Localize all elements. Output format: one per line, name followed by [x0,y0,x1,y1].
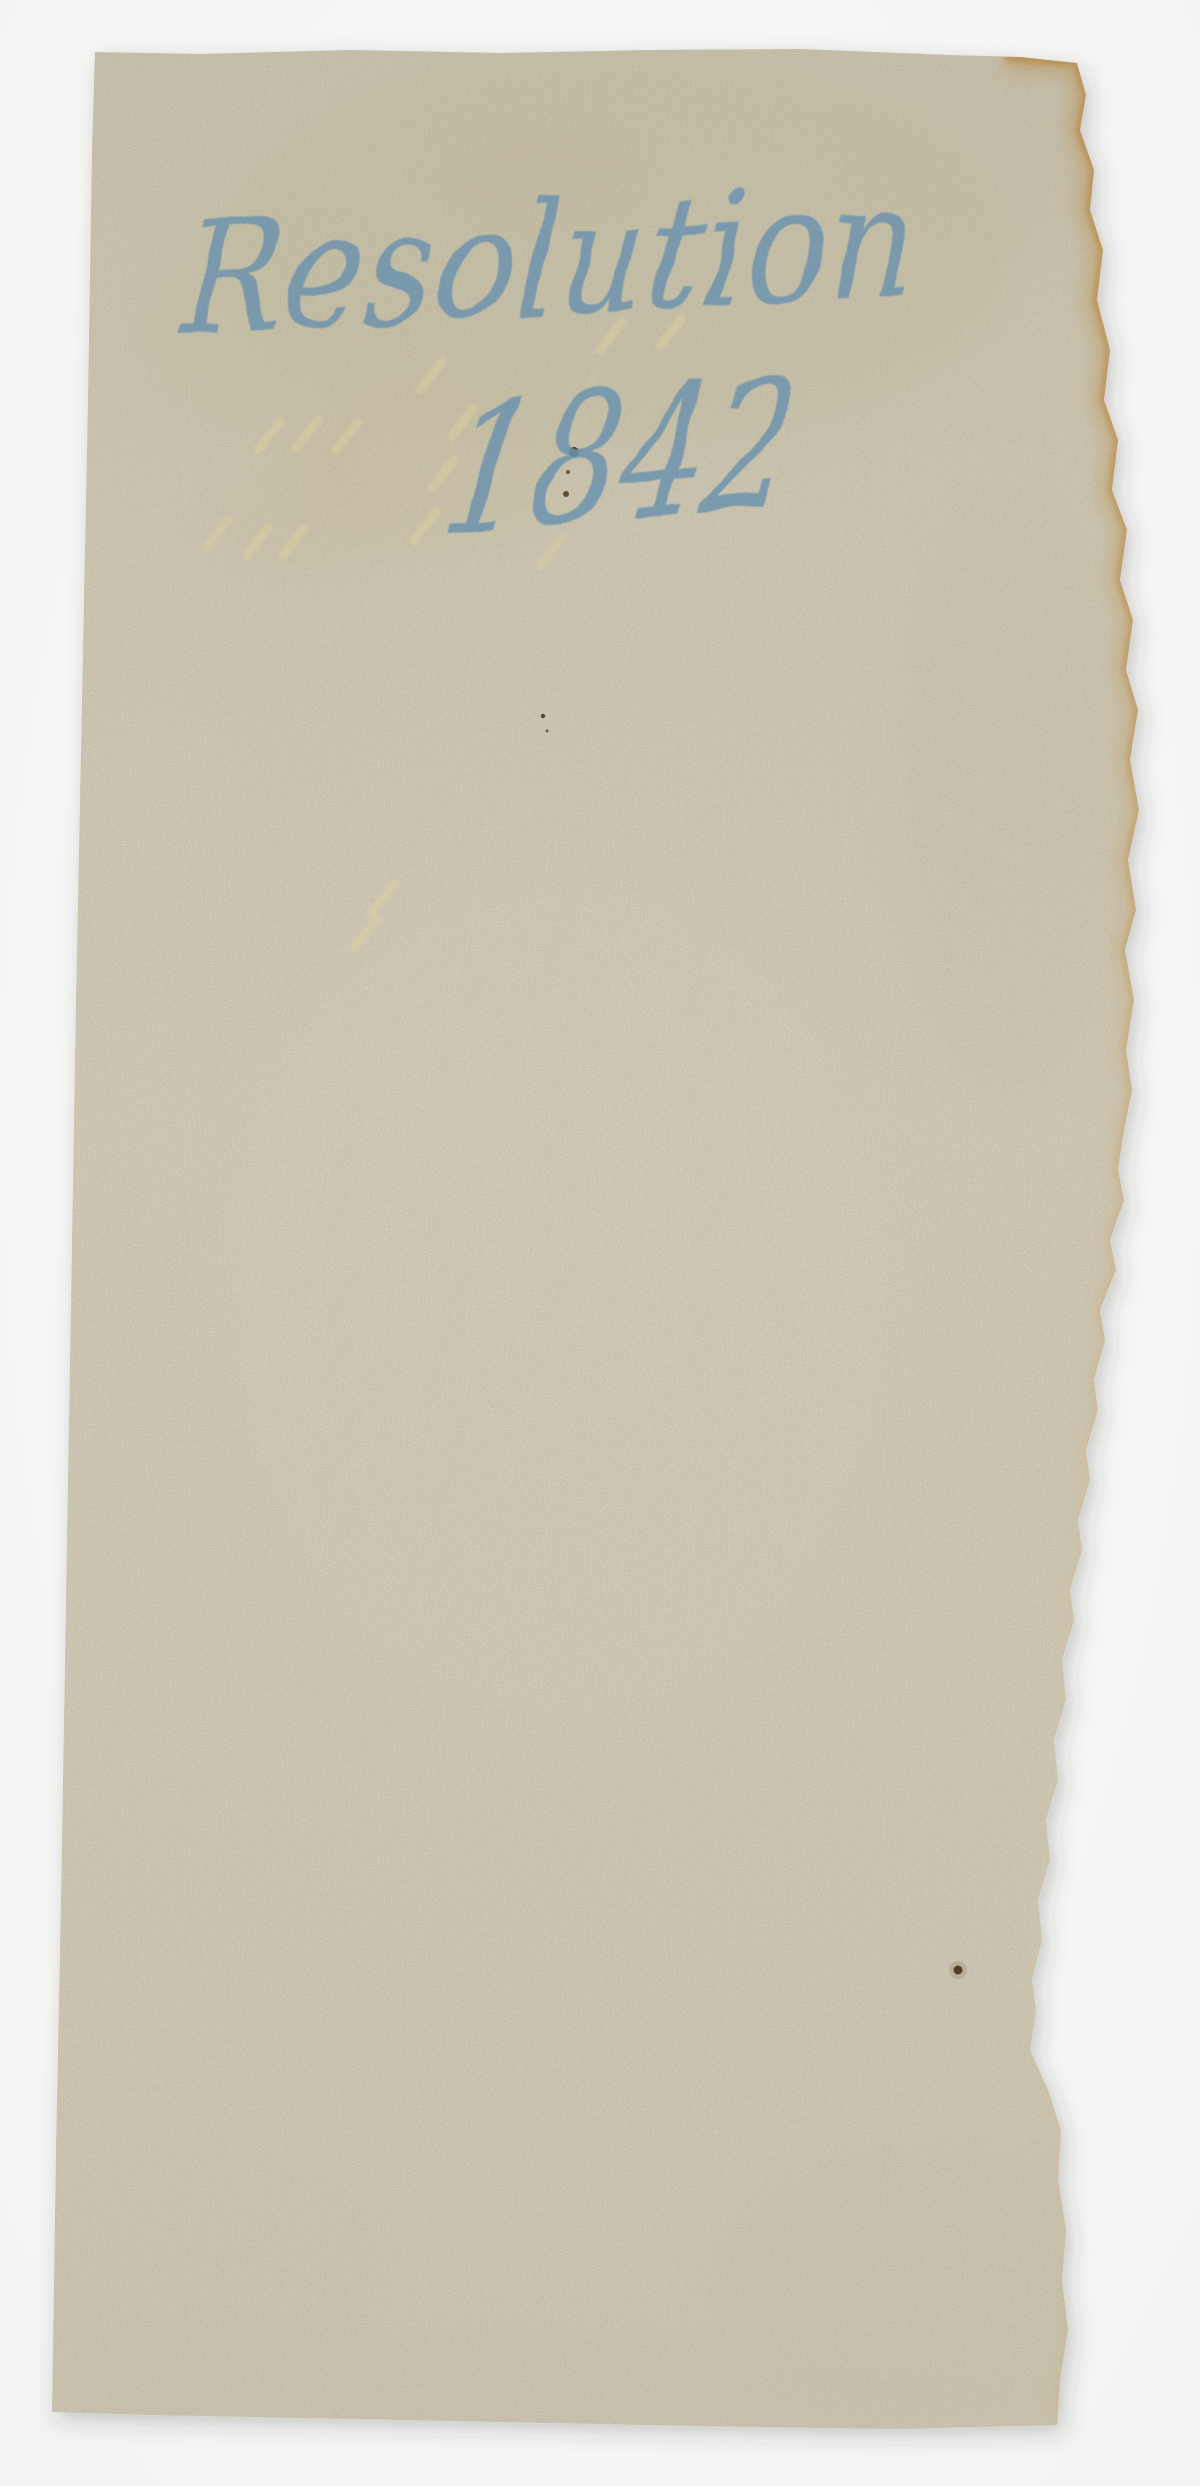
document-photo: Resolution 1842 [0,0,1200,2486]
ink-speck [954,1966,963,1975]
ink-speck [541,714,545,718]
photo-backdrop: Resolution 1842 [0,0,1200,2486]
ink-speck [546,730,549,733]
handwritten-year: 1842 [430,338,812,577]
